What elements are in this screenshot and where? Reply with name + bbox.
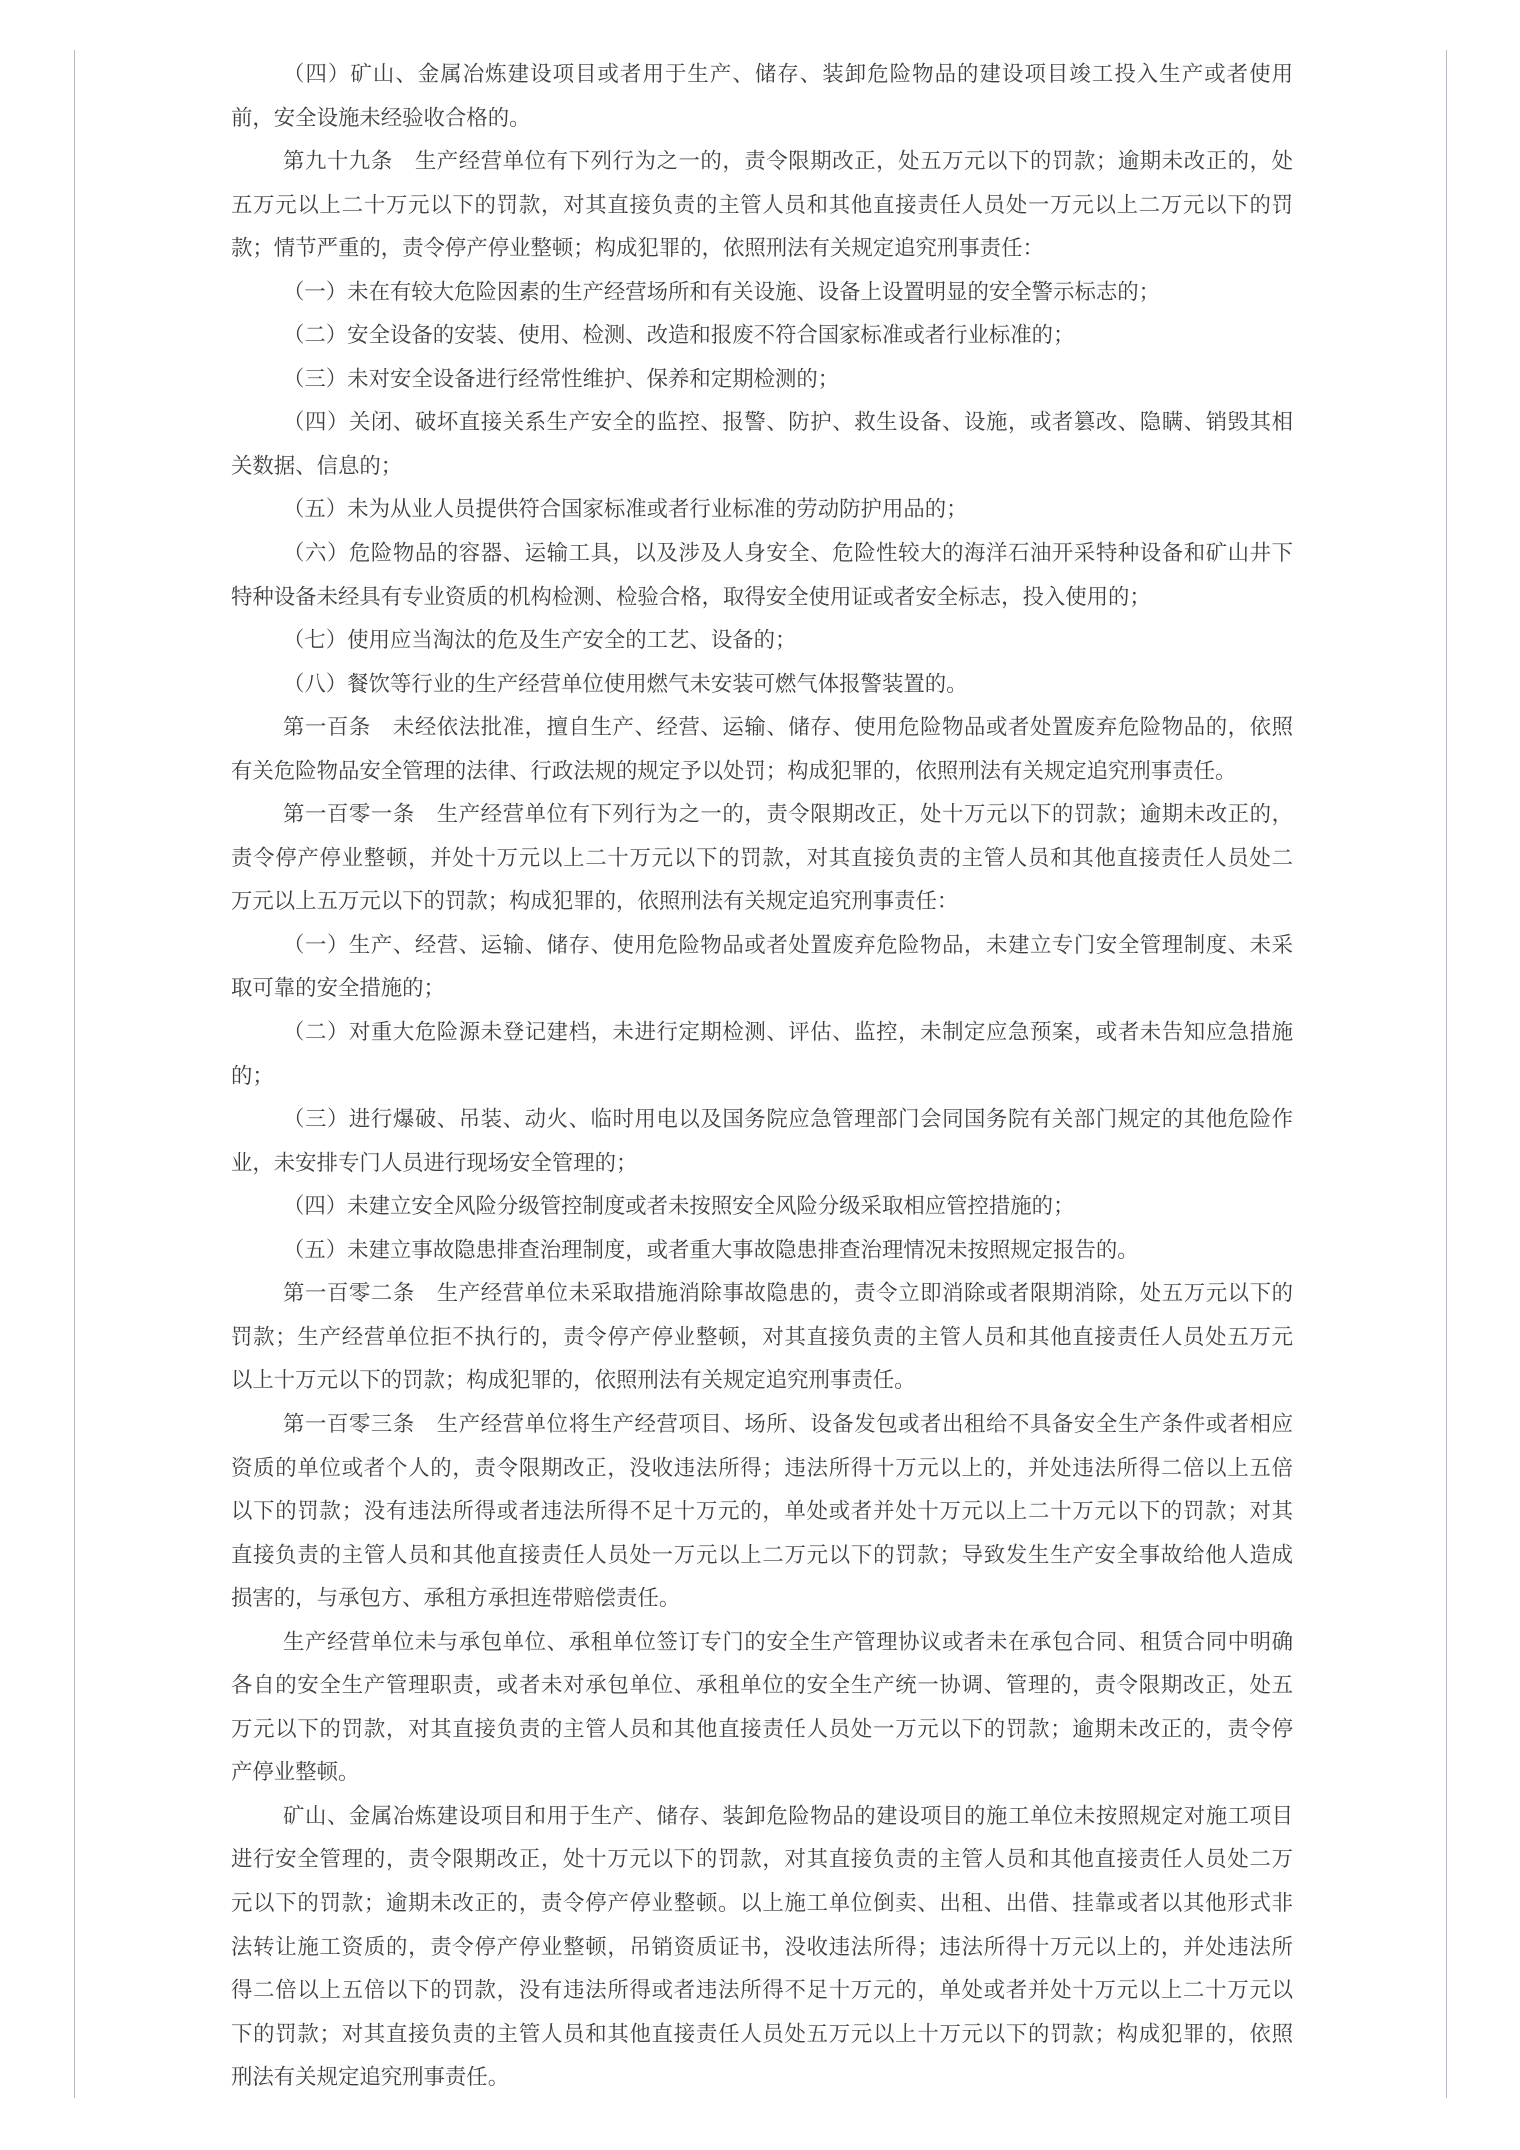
text-line: 资质的单位或者个人的，责令限期改正，没收违法所得；违法所得十万元以上的，并处违法… [231,1447,1293,1491]
text-line: 刑法有关规定追究刑事责任。 [231,2056,1293,2100]
text-line: 关数据、信息的； [231,445,1293,489]
text-line: 万元以上五万元以下的罚款；构成犯罪的，依照刑法有关规定追究刑事责任： [231,880,1293,924]
text-line: 得二倍以上五倍以下的罚款，没有违法所得或者违法所得不足十万元的，单处或者并处十万… [231,1969,1293,2013]
paragraph-art101-clause-4: （四）未建立安全风险分级管控制度或者未按照安全风险分级采取相应管控措施的； [231,1185,1293,1229]
paragraph-art99-clause-1: （一）未在有较大危险因素的生产经营场所和有关设施、设备上设置明显的安全警示标志的… [231,271,1293,315]
text-line: 各自的安全生产管理职责，或者未对承包单位、承租单位的安全生产统一协调、管理的，责… [231,1664,1293,1708]
text-line: 业，未安排专门人员进行现场安全管理的； [231,1142,1293,1186]
text-line: 法转让施工资质的，责令停产停业整顿，吊销资质证书，没收违法所得；违法所得十万元以… [231,1926,1293,1970]
document-body: （四）矿山、金属冶炼建设项目或者用于生产、储存、装卸危险物品的建设项目竣工投入生… [231,53,1293,2100]
text-line: （二）安全设备的安装、使用、检测、改造和报废不符合国家标准或者行业标准的； [231,314,1293,358]
text-line: 万元以下的罚款，对其直接负责的主管人员和其他直接责任人员处一万元以下的罚款；逾期… [231,1708,1293,1752]
text-line: 元以下的罚款；逾期未改正的，责令停产停业整顿。以上施工单位倒卖、出租、出借、挂靠… [231,1882,1293,1926]
paragraph-article-102: 第一百零二条 生产经营单位未采取措施消除事故隐患的，责令立即消除或者限期消除，处… [231,1272,1293,1403]
text-line: （一）生产、经营、运输、储存、使用危险物品或者处置废弃危险物品，未建立专门安全管… [231,924,1293,968]
text-line: （二）对重大危险源未登记建档，未进行定期检测、评估、监控，未制定应急预案，或者未… [231,1011,1293,1055]
text-line: 有关危险物品安全管理的法律、行政法规的规定予以处罚；构成犯罪的，依照刑法有关规定… [231,750,1293,794]
text-line: （三）进行爆破、吊装、动火、临时用电以及国务院应急管理部门会同国务院有关部门规定… [231,1098,1293,1142]
text-line: 罚款；生产经营单位拒不执行的，责令停产停业整顿，对其直接负责的主管人员和其他直接… [231,1316,1293,1360]
paragraph-article-100: 第一百条 未经依法批准，擅自生产、经营、运输、储存、使用危险物品或者处置废弃危险… [231,706,1293,793]
text-line: 款；情节严重的，责令停产停业整顿；构成犯罪的，依照刑法有关规定追究刑事责任： [231,227,1293,271]
text-line: 责令停产停业整顿，并处十万元以上二十万元以下的罚款，对其直接负责的主管人员和其他… [231,837,1293,881]
text-line: 以下的罚款；没有违法所得或者违法所得不足十万元的，单处或者并处十万元以上二十万元… [231,1490,1293,1534]
text-line: （四）关闭、破坏直接关系生产安全的监控、报警、防护、救生设备、设施，或者篡改、隐… [231,401,1293,445]
text-line: 损害的，与承包方、承租方承担连带赔偿责任。 [231,1577,1293,1621]
paragraph-art103-para2: 生产经营单位未与承包单位、承租单位签订专门的安全生产管理协议或者未在承包合同、租… [231,1621,1293,1795]
text-line: （四）未建立安全风险分级管控制度或者未按照安全风险分级采取相应管控措施的； [231,1185,1293,1229]
paragraph-art101-clause-1: （一）生产、经营、运输、储存、使用危险物品或者处置废弃危险物品，未建立专门安全管… [231,924,1293,1011]
paragraph-art99-clause-7: （七）使用应当淘汰的危及生产安全的工艺、设备的； [231,619,1293,663]
text-line: 特种设备未经具有专业资质的机构检测、检验合格，取得安全使用证或者安全标志，投入使… [231,576,1293,620]
paragraph-art101-clause-5: （五）未建立事故隐患排查治理制度，或者重大事故隐患排查治理情况未按照规定报告的。 [231,1229,1293,1273]
paragraph-art99-clause-2: （二）安全设备的安装、使用、检测、改造和报废不符合国家标准或者行业标准的； [231,314,1293,358]
paragraph-art101-clause-3: （三）进行爆破、吊装、动火、临时用电以及国务院应急管理部门会同国务院有关部门规定… [231,1098,1293,1185]
paragraph-art99-clause-3: （三）未对安全设备进行经常性维护、保养和定期检测的； [231,358,1293,402]
paragraph-article-103: 第一百零三条 生产经营单位将生产经营项目、场所、设备发包或者出租给不具备安全生产… [231,1403,1293,1621]
text-line: （一）未在有较大危险因素的生产经营场所和有关设施、设备上设置明显的安全警示标志的… [231,271,1293,315]
text-line: （四）矿山、金属冶炼建设项目或者用于生产、储存、装卸危险物品的建设项目竣工投入生… [231,53,1293,97]
text-line: 前，安全设施未经验收合格的。 [231,97,1293,141]
paragraph-art99-clause-5: （五）未为从业人员提供符合国家标准或者行业标准的劳动防护用品的； [231,488,1293,532]
text-line: 直接负责的主管人员和其他直接责任人员处一万元以上二万元以下的罚款；导致发生生产安… [231,1534,1293,1578]
text-line: 下的罚款；对其直接负责的主管人员和其他直接责任人员处五万元以上十万元以下的罚款；… [231,2013,1293,2057]
text-line: 取可靠的安全措施的； [231,967,1293,1011]
paragraph-art103-para3: 矿山、金属冶炼建设项目和用于生产、储存、装卸危险物品的建设项目的施工单位未按照规… [231,1795,1293,2100]
text-line: 第九十九条 生产经营单位有下列行为之一的，责令限期改正，处五万元以下的罚款；逾期… [231,140,1293,184]
text-line: 第一百条 未经依法批准，擅自生产、经营、运输、储存、使用危险物品或者处置废弃危险… [231,706,1293,750]
text-line: 第一百零三条 生产经营单位将生产经营项目、场所、设备发包或者出租给不具备安全生产… [231,1403,1293,1447]
text-line: 的； [231,1055,1293,1099]
text-line: 生产经营单位未与承包单位、承租单位签订专门的安全生产管理协议或者未在承包合同、租… [231,1621,1293,1665]
paragraph-article-99: 第九十九条 生产经营单位有下列行为之一的，责令限期改正，处五万元以下的罚款；逾期… [231,140,1293,271]
text-line: （七）使用应当淘汰的危及生产安全的工艺、设备的； [231,619,1293,663]
text-line: 第一百零二条 生产经营单位未采取措施消除事故隐患的，责令立即消除或者限期消除，处… [231,1272,1293,1316]
text-line: （八）餐饮等行业的生产经营单位使用燃气未安装可燃气体报警装置的。 [231,663,1293,707]
paragraph-art99-clause-6: （六）危险物品的容器、运输工具，以及涉及人身安全、危险性较大的海洋石油开采特种设… [231,532,1293,619]
text-line: 以上十万元以下的罚款；构成犯罪的，依照刑法有关规定追究刑事责任。 [231,1359,1293,1403]
text-line: （五）未为从业人员提供符合国家标准或者行业标准的劳动防护用品的； [231,488,1293,532]
text-line: 第一百零一条 生产经营单位有下列行为之一的，责令限期改正，处十万元以下的罚款；逾… [231,793,1293,837]
text-line: （五）未建立事故隐患排查治理制度，或者重大事故隐患排查治理情况未按照规定报告的。 [231,1229,1293,1273]
text-line: 产停业整顿。 [231,1751,1293,1795]
paragraph-article-101: 第一百零一条 生产经营单位有下列行为之一的，责令限期改正，处十万元以下的罚款；逾… [231,793,1293,924]
text-line: （六）危险物品的容器、运输工具，以及涉及人身安全、危险性较大的海洋石油开采特种设… [231,532,1293,576]
text-line: 进行安全管理的，责令限期改正，处十万元以下的罚款，对其直接负责的主管人员和其他直… [231,1838,1293,1882]
paragraph-art101-clause-2: （二）对重大危险源未登记建档，未进行定期检测、评估、监控，未制定应急预案，或者未… [231,1011,1293,1098]
text-line: （三）未对安全设备进行经常性维护、保养和定期检测的； [231,358,1293,402]
paragraph-art99-clause-8: （八）餐饮等行业的生产经营单位使用燃气未安装可燃气体报警装置的。 [231,663,1293,707]
paragraph-art99-clause-4: （四）关闭、破坏直接关系生产安全的监控、报警、防护、救生设备、设施，或者篡改、隐… [231,401,1293,488]
text-line: 矿山、金属冶炼建设项目和用于生产、储存、装卸危险物品的建设项目的施工单位未按照规… [231,1795,1293,1839]
paragraph-item4-of-art98: （四）矿山、金属冶炼建设项目或者用于生产、储存、装卸危险物品的建设项目竣工投入生… [231,53,1293,140]
text-line: 五万元以上二十万元以下的罚款，对其直接负责的主管人员和其他直接责任人员处一万元以… [231,184,1293,228]
